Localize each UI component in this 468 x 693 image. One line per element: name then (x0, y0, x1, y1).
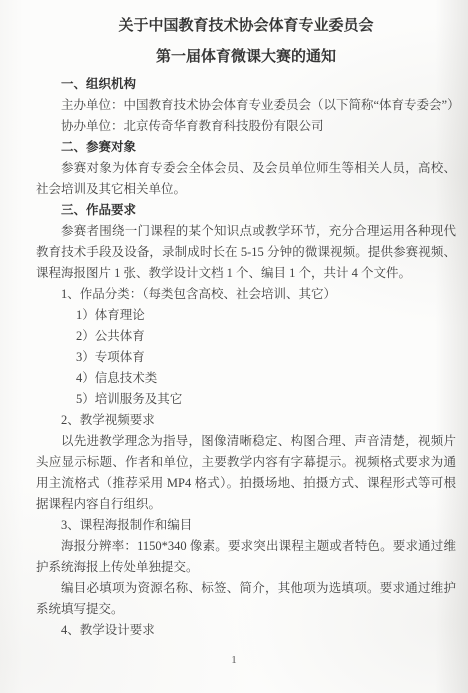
host-unit-line: 主办单位：中国教育技术协会体育专业委员会（以下简称“体育专委会”） (36, 95, 456, 116)
item1-classification-heading: 1、作品分类：（每类包含高校、社会培训、其它） (36, 284, 456, 305)
classification-subitem-5: 5）培训服务及其它 (36, 389, 456, 410)
section-org-heading: 一、组织机构 (36, 74, 456, 95)
item3-catalog-paragraph: 编目必填项为资源名称、标签、简介，其他项为选填项。要求通过维护系统填写提交。 (36, 578, 456, 620)
item2-video-paragraph: 以先进教学理念为指导，图像清晰稳定、构图合理、声音清楚，视频片头应显示标题、作者… (36, 431, 456, 515)
doc-title-line2: 第一届体育微课大赛的通知 (36, 45, 456, 69)
classification-subitem-1: 1）体育理论 (36, 305, 456, 326)
doc-title-line1: 关于中国教育技术协会体育专业委员会 (36, 14, 456, 38)
document-page: 关于中国教育技术协会体育专业委员会 第一届体育微课大赛的通知 一、组织机构 主办… (0, 0, 468, 693)
cohost-unit-line: 协办单位：北京传奇华育教育科技股份有限公司 (36, 116, 456, 137)
section-participants-heading: 二、参赛对象 (36, 137, 456, 158)
classification-subitem-2: 2）公共体育 (36, 326, 456, 347)
classification-subitem-4: 4）信息技术类 (36, 368, 456, 389)
item4-design-heading: 4、教学设计要求 (36, 620, 456, 641)
page-number: 1 (0, 650, 468, 671)
section-requirements-heading: 三、作品要求 (36, 200, 456, 221)
item3-poster-heading: 3、课程海报制作和编目 (36, 515, 456, 536)
item3-poster-paragraph: 海报分辨率：1150*340 像素。要求突出课程主题或者特色。要求通过维护系统海… (36, 536, 456, 578)
item2-video-heading: 2、教学视频要求 (36, 410, 456, 431)
requirements-intro-paragraph: 参赛者围绕一门课程的某个知识点或教学环节，充分合理运用各种现代教育技术手段及设备… (36, 221, 456, 284)
document-body: 一、组织机构 主办单位：中国教育技术协会体育专业委员会（以下简称“体育专委会”）… (36, 74, 456, 641)
classification-subitem-3: 3）专项体育 (36, 347, 456, 368)
participants-paragraph: 参赛对象为体育专委会全体会员、及会员单位师生等相关人员，高校、社会培训及其它相关… (36, 158, 456, 200)
